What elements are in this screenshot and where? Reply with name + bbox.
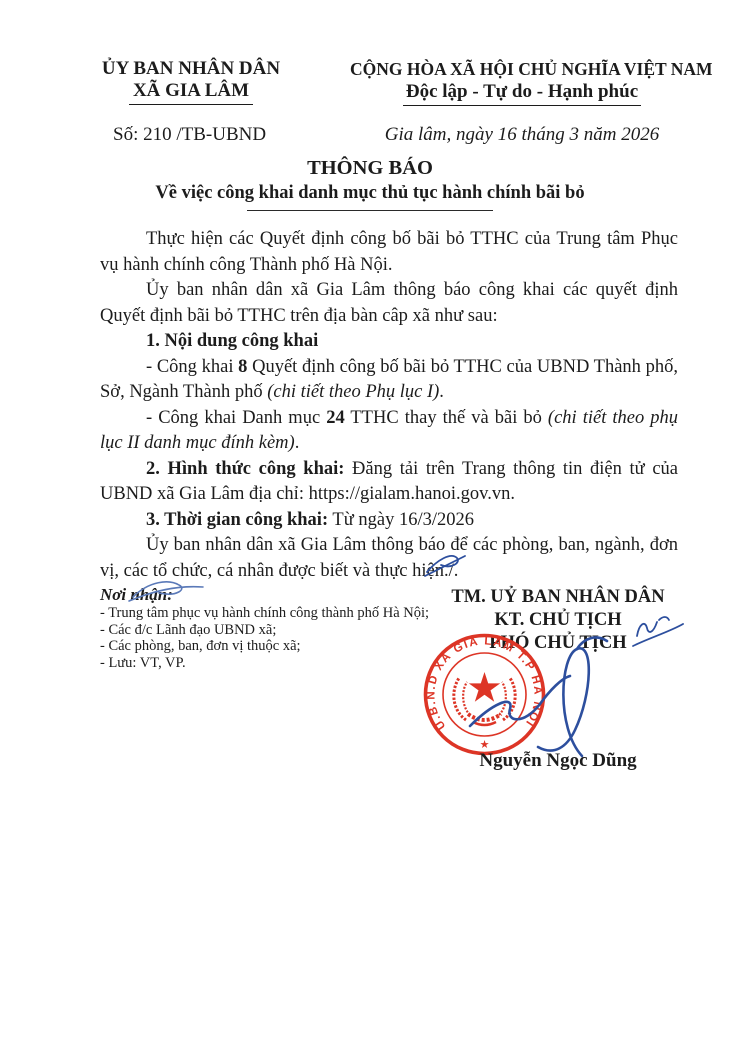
- document-title: THÔNG BÁO: [0, 156, 740, 180]
- item1-reference: (chi tiết theo Phụ lục I): [267, 382, 439, 402]
- national-motto: Độc lập - Tự do - Hạnh phúc: [403, 80, 641, 106]
- recipient-item: - Trung tâm phục vụ hành chính công thàn…: [100, 605, 430, 622]
- ink-initial-vice-chairman: [627, 614, 689, 654]
- section-2-heading: 2. Hình thức công khai:: [146, 459, 344, 479]
- paragraph-1: Thực hiện các Quyết định công bố bãi bỏ …: [100, 227, 678, 278]
- signer-name: Nguyễn Ngọc Dũng: [418, 750, 698, 772]
- issuer-name-line1: ỦY BAN NHÂN DÂN: [86, 58, 296, 80]
- title-underline: [247, 210, 493, 211]
- issuing-authority-block: ỦY BAN NHÂN DÂN XÃ GIA LÂM: [86, 58, 296, 105]
- section-1-item-2: - Công khai Danh mục 24 TTHC thay thế và…: [100, 406, 678, 457]
- item2-text: - Công khai Danh mục: [146, 408, 326, 428]
- document-number: Số: 210 /TB-UBND: [113, 124, 266, 146]
- document-body: Thực hiện các Quyết định công bố bãi bỏ …: [100, 227, 678, 584]
- document-subtitle: Về việc công khai danh mục thủ tục hành …: [0, 182, 740, 205]
- section-1-heading: 1. Nội dung công khai: [100, 329, 678, 355]
- ink-initial-closing: [421, 548, 473, 580]
- national-title: CỘNG HÒA XÃ HỘI CHỦ NGHĨA VIỆT NAM: [350, 58, 694, 80]
- document-page: ỦY BAN NHÂN DÂN XÃ GIA LÂM CỘNG HÒA XÃ H…: [0, 0, 740, 1047]
- section-2: 2. Hình thức công khai: Đăng tải trên Tr…: [100, 457, 678, 508]
- item1-period: .: [439, 382, 444, 402]
- item2-period: .: [295, 433, 300, 453]
- section-1-item-1: - Công khai 8 Quyết định công bố bãi bỏ …: [100, 355, 678, 406]
- paragraph-2: Ủy ban nhân dân xã Gia Lâm thông báo côn…: [100, 278, 678, 329]
- ink-squiggle-recipients: [127, 577, 209, 605]
- issuer-name-line2: XÃ GIA LÂM: [129, 80, 253, 105]
- item2-count: 24: [326, 408, 345, 428]
- recipient-item: - Lưu: VT, VP.: [100, 655, 430, 672]
- item2-text2: TTHC thay thế và bãi bỏ: [345, 408, 548, 428]
- item1-text: - Công khai: [146, 357, 238, 377]
- place-and-date: Gia lâm, ngày 16 tháng 3 năm 2026: [350, 124, 694, 146]
- recipient-item: - Các đ/c Lãnh đạo UBND xã;: [100, 622, 430, 639]
- section-3: 3. Thời gian công khai: Từ ngày 16/3/202…: [100, 508, 678, 534]
- signing-authority: TM. UỶ BAN NHÂN DÂN: [418, 586, 698, 609]
- national-motto-block: CỘNG HÒA XÃ HỘI CHỦ NGHĨA VIỆT NAM Độc l…: [350, 58, 694, 106]
- section-3-heading: 3. Thời gian công khai:: [146, 510, 328, 530]
- recipient-item: - Các phòng, ban, đơn vị thuộc xã;: [100, 638, 430, 655]
- title-block: THÔNG BÁO Về việc công khai danh mục thủ…: [0, 156, 740, 211]
- signature-ink: [466, 626, 644, 768]
- section-3-text: Từ ngày 16/3/2026: [328, 510, 474, 530]
